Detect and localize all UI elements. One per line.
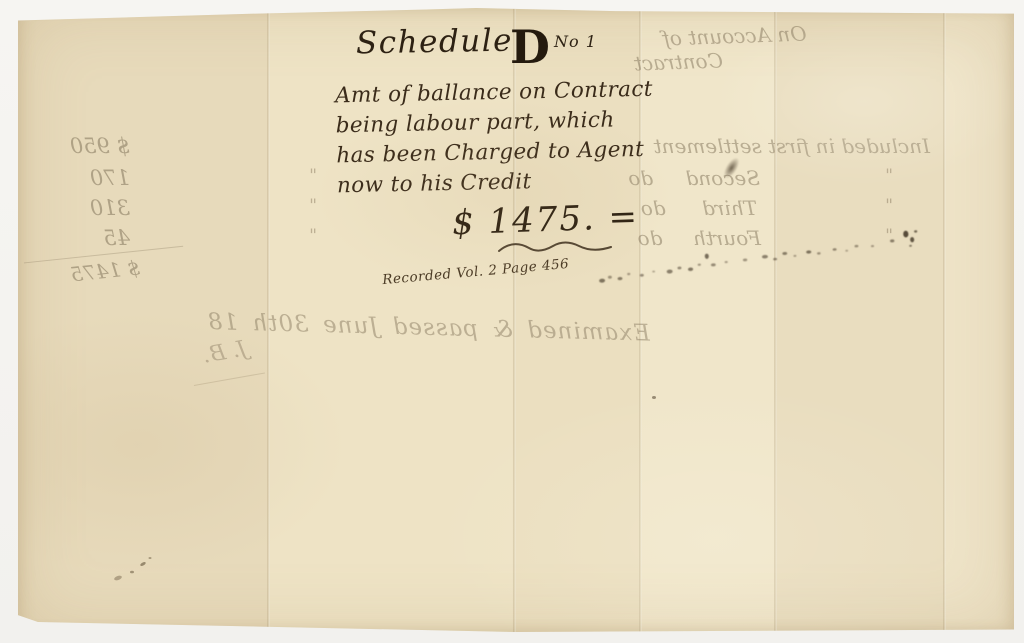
ledger-row-amount: $ 950 [50, 134, 130, 158]
ditto-mark: " [309, 226, 317, 246]
schedule-letter: D [510, 20, 550, 74]
ledger-row-amount: 310 [50, 196, 130, 220]
ledger-row-amount: 170 [50, 166, 130, 190]
ditto-mark: " [885, 196, 893, 216]
ledger-row-label: Third do [641, 196, 757, 220]
ink-speck [652, 396, 656, 399]
amount-value: $ 1475. = [451, 197, 639, 244]
ditto-mark: " [885, 166, 893, 186]
bleedthrough-account-heading: On Account of Contract [627, 20, 845, 107]
bleedthrough-initials: J. B. [187, 334, 265, 386]
scanned-document-scene: On Account of Contract Included in first… [0, 0, 1024, 643]
schedule-number: No 1 [554, 32, 597, 51]
ledger-row-label: Included in first settlement [654, 134, 930, 158]
ditto-mark: " [309, 196, 317, 216]
ledger-row-amount: 45 [50, 226, 130, 250]
body-paragraph: Amt of ballance on Contract being labour… [335, 75, 655, 202]
ditto-mark: " [309, 166, 317, 186]
paper-sheet: On Account of Contract Included in first… [18, 8, 1014, 632]
ink-specks [110, 548, 170, 588]
schedule-title: Schedule [356, 23, 514, 62]
